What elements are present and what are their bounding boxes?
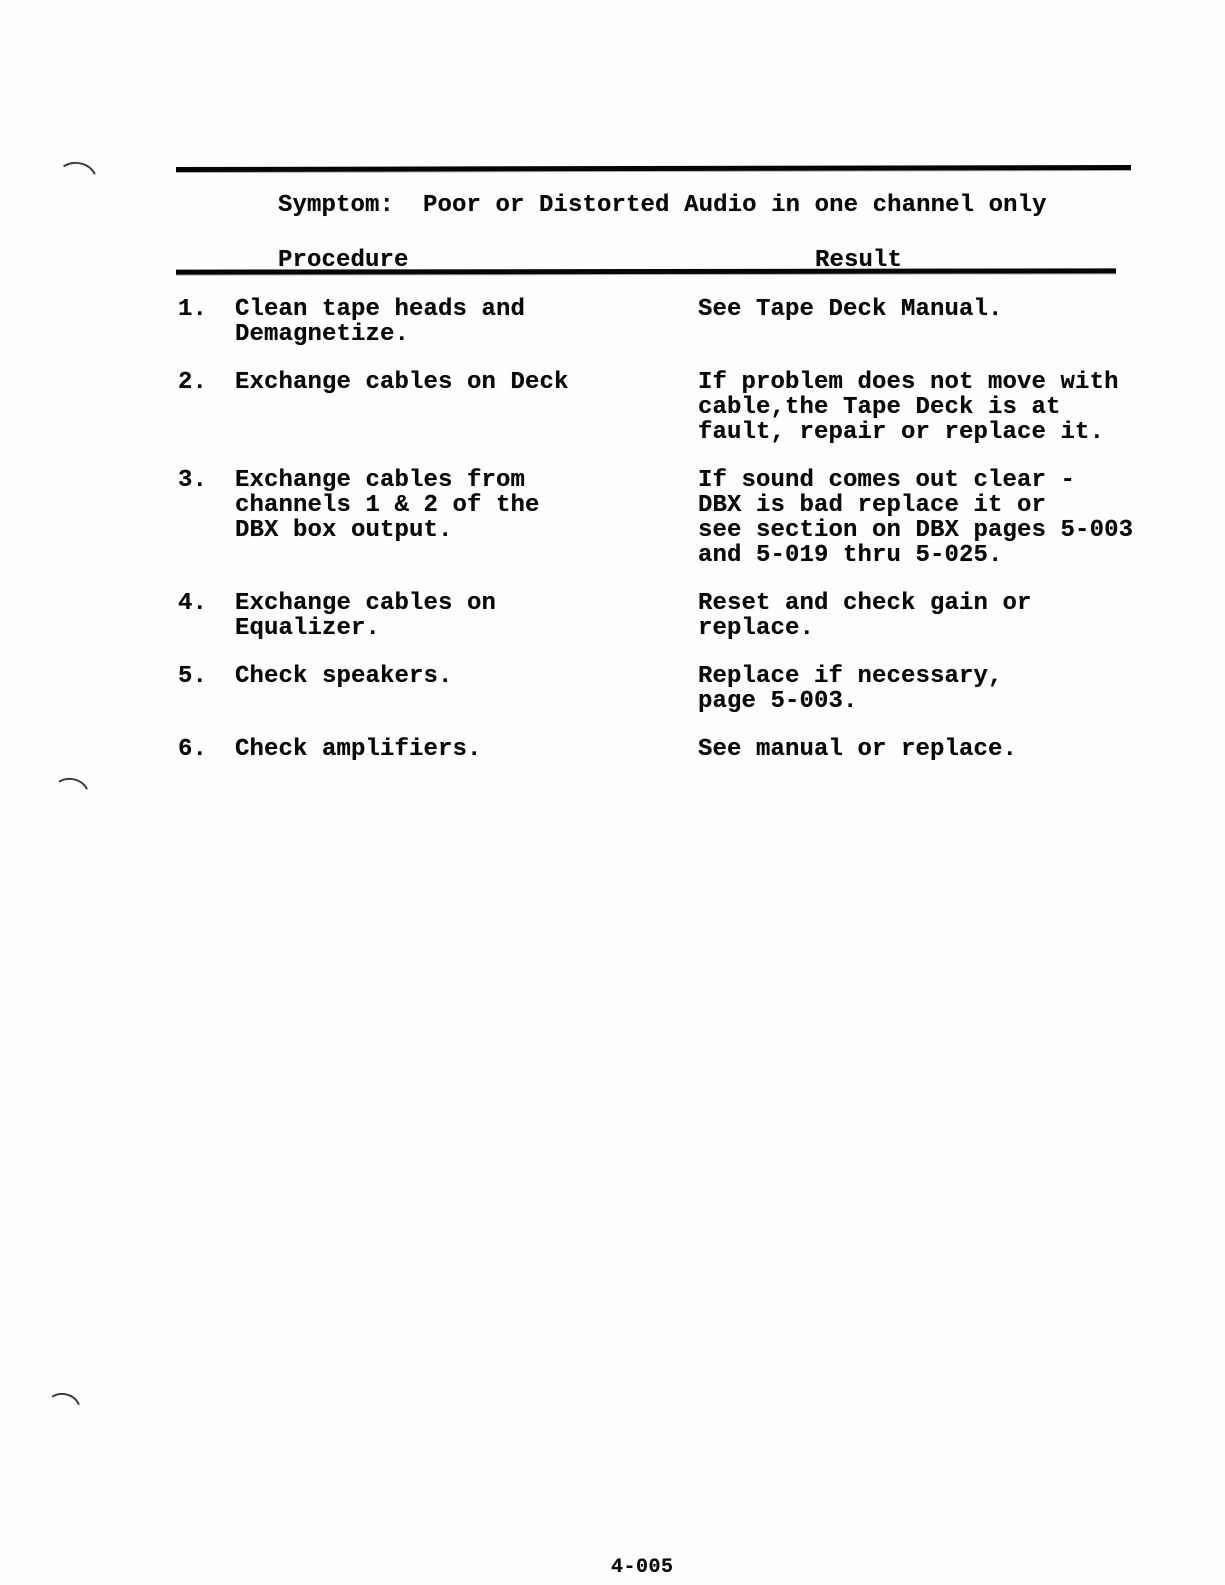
result-cell: Reset and check gain or replace. [698, 591, 1140, 641]
page-number: 4-005 [611, 1556, 674, 1580]
procedure-cell: Exchange cables from channels 1 & 2 of t… [235, 468, 698, 543]
row-number: 2. [178, 370, 235, 395]
header-underline-rule [176, 268, 1116, 274]
procedure-cell: Exchange cables on Equalizer. [235, 591, 698, 641]
result-cell: Replace if necessary, page 5-003. [698, 664, 1140, 714]
result-cell: If sound comes out clear - DBX is bad re… [698, 468, 1140, 568]
scan-arc-mark [52, 775, 91, 795]
row-number: 1. [178, 297, 235, 322]
table-row: 2. Exchange cables on Deck If problem do… [178, 370, 1140, 445]
scan-arc-mark [56, 160, 99, 182]
table-row: 4. Exchange cables on Equalizer. Reset a… [178, 591, 1140, 641]
table-row: 6. Check amplifiers. See manual or repla… [178, 737, 1140, 762]
row-number: 3. [178, 468, 235, 493]
troubleshooting-table: 1. Clean tape heads and Demagnetize. See… [178, 297, 1140, 785]
document-page: Symptom: Poor or Distorted Audio in one … [0, 0, 1225, 1585]
symptom-line: Symptom: Poor or Distorted Audio in one … [278, 193, 1047, 218]
table-row: 1. Clean tape heads and Demagnetize. See… [178, 297, 1140, 347]
procedure-cell: Check amplifiers. [235, 737, 698, 762]
top-rule [176, 165, 1131, 172]
table-row: 5. Check speakers. Replace if necessary,… [178, 664, 1140, 714]
row-number: 6. [178, 737, 235, 762]
table-row: 3. Exchange cables from channels 1 & 2 o… [178, 468, 1140, 568]
procedure-cell: Exchange cables on Deck [235, 370, 698, 395]
scan-arc-mark [45, 1390, 83, 1411]
result-cell: See Tape Deck Manual. [698, 297, 1140, 322]
result-cell: See manual or replace. [698, 737, 1140, 762]
procedure-cell: Clean tape heads and Demagnetize. [235, 297, 698, 347]
row-number: 5. [178, 664, 235, 689]
procedure-cell: Check speakers. [235, 664, 698, 689]
result-cell: If problem does not move with cable,the … [698, 370, 1140, 445]
row-number: 4. [178, 591, 235, 616]
